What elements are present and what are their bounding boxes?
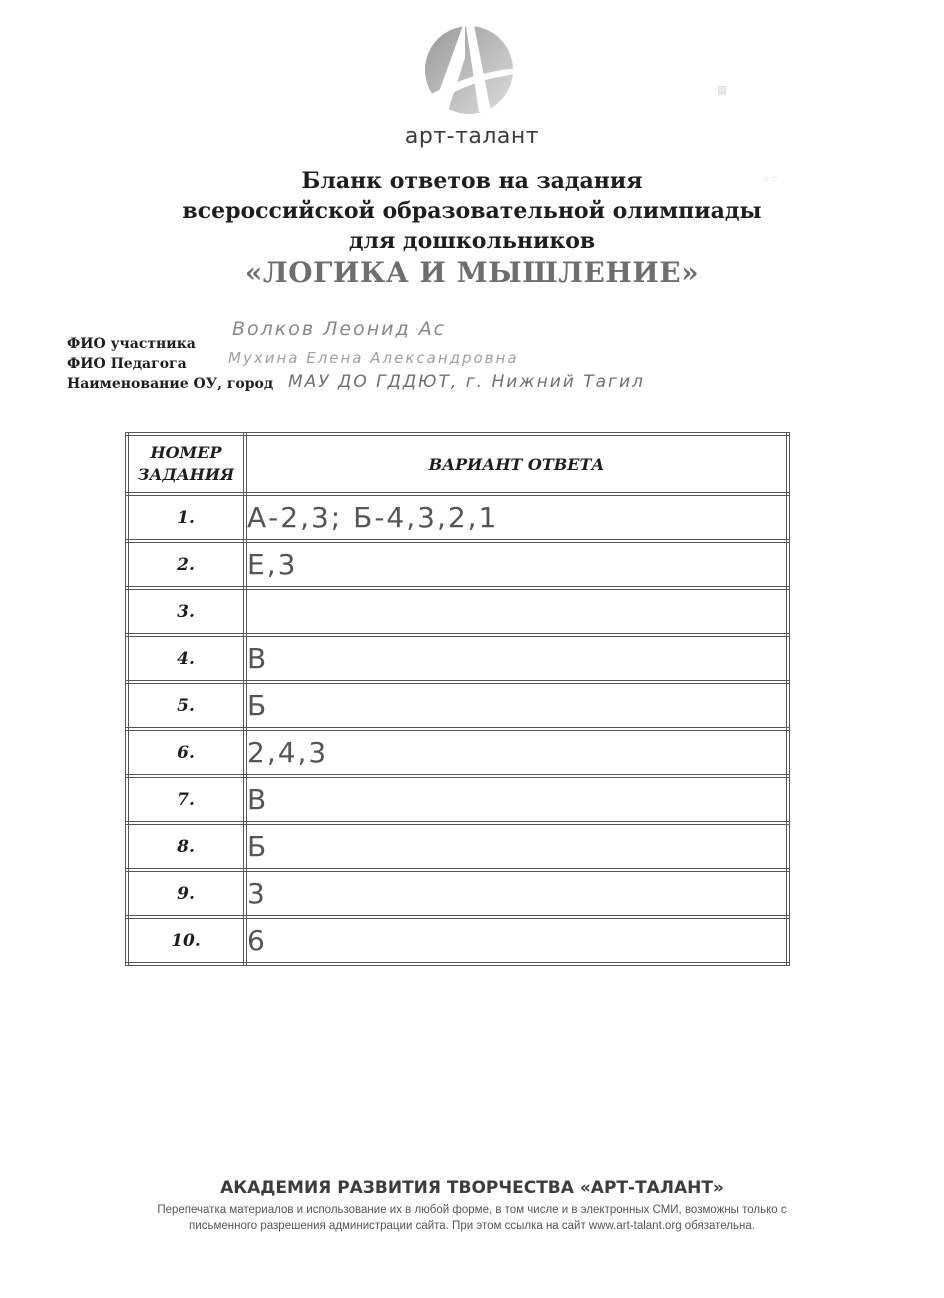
task-number: 3. bbox=[127, 588, 245, 635]
art-talant-logo-icon bbox=[407, 18, 532, 128]
answer-cell[interactable]: А-2,3; Б-4,3,2,1 bbox=[245, 494, 788, 541]
answers-table: НОМЕР ЗАДАНИЯ ВАРИАНТ ОТВЕТА 1.А-2,3; Б-… bbox=[125, 432, 790, 966]
task-number: 5. bbox=[127, 682, 245, 729]
task-number: 8. bbox=[127, 823, 245, 870]
answer-cell[interactable] bbox=[245, 588, 788, 635]
task-number: 7. bbox=[127, 776, 245, 823]
table-row: 6.2,4,3 bbox=[127, 729, 788, 776]
institution-label: Наименование ОУ, город bbox=[67, 376, 273, 392]
footer-note-line-1: Перепечатка материалов и использование и… bbox=[0, 1204, 944, 1216]
answer-cell[interactable]: В bbox=[245, 635, 788, 682]
institution-value[interactable]: МАУ ДО ГДДЮТ, г. Нижний Тагил bbox=[288, 372, 645, 392]
form-title-line-3: для дошкольников bbox=[0, 228, 944, 254]
task-number: 6. bbox=[127, 729, 245, 776]
teacher-name-value[interactable]: Мухина Елена Александровна bbox=[228, 349, 519, 367]
participant-name-value[interactable]: Волков Леонид Ас bbox=[232, 318, 446, 340]
form-title-line-1: Бланк ответов на задания bbox=[0, 168, 944, 194]
task-number: 4. bbox=[127, 635, 245, 682]
answer-cell[interactable]: Б bbox=[245, 682, 788, 729]
answer-cell[interactable]: В bbox=[245, 776, 788, 823]
table-row: 10.6 bbox=[127, 917, 788, 964]
column-header-task-number: НОМЕР ЗАДАНИЯ bbox=[127, 434, 245, 494]
table-row: 4.В bbox=[127, 635, 788, 682]
answer-cell[interactable]: 3 bbox=[245, 870, 788, 917]
footer-title: АКАДЕМИЯ РАЗВИТИЯ ТВОРЧЕСТВА «АРТ-ТАЛАНТ… bbox=[0, 1178, 944, 1198]
answer-cell[interactable]: 6 bbox=[245, 917, 788, 964]
teacher-name-label: ФИО Педагога bbox=[67, 356, 187, 372]
task-number: 2. bbox=[127, 541, 245, 588]
table-row: 9.3 bbox=[127, 870, 788, 917]
table-row: 8.Б bbox=[127, 823, 788, 870]
participant-name-label: ФИО участника bbox=[67, 336, 196, 352]
brand-name: арт-талант bbox=[0, 124, 944, 149]
answer-cell[interactable]: Б bbox=[245, 823, 788, 870]
table-row: 2.Е,3 bbox=[127, 541, 788, 588]
olympiad-name: «ЛОГИКА И МЫШЛЕНИЕ» bbox=[0, 256, 944, 289]
task-number: 10. bbox=[127, 917, 245, 964]
task-number: 9. bbox=[127, 870, 245, 917]
table-row: 7.В bbox=[127, 776, 788, 823]
footer-note-line-2: письменного разрешения администрации сай… bbox=[0, 1220, 944, 1232]
answer-cell[interactable]: Е,3 bbox=[245, 541, 788, 588]
answer-cell[interactable]: 2,4,3 bbox=[245, 729, 788, 776]
scan-artifact: ▥ bbox=[718, 82, 726, 98]
table-row: 5.Б bbox=[127, 682, 788, 729]
form-title-line-2: всероссийской образовательной олимпиады bbox=[0, 198, 944, 224]
column-header-answer: ВАРИАНТ ОТВЕТА bbox=[245, 434, 788, 494]
table-row: 3. bbox=[127, 588, 788, 635]
table-row: 1.А-2,3; Б-4,3,2,1 bbox=[127, 494, 788, 541]
table-header-row: НОМЕР ЗАДАНИЯ ВАРИАНТ ОТВЕТА bbox=[127, 434, 788, 494]
task-number: 1. bbox=[127, 494, 245, 541]
